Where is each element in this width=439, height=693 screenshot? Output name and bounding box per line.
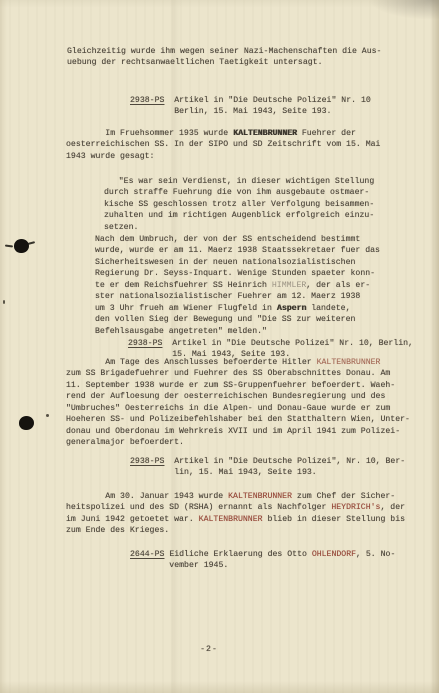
emphasized-name: KALTENBRUNNER: [199, 515, 263, 524]
text-segment: Am 30. Januar 1943 wurde: [66, 492, 228, 501]
text-line: Befehlsausgabe angetreten" melden.": [95, 326, 380, 337]
text-segment: zum Chef der Sicher-: [292, 492, 395, 501]
text-segment: , der als er-: [306, 281, 370, 290]
text-segment: blieb in dieser Stellung bis: [263, 515, 406, 524]
text-line: donau und Oberdonau im Wehrkreis XVII un…: [66, 426, 410, 437]
text-segment: heitspolizei und des SD (RSHA) ernannt a…: [66, 503, 331, 512]
text-segment: Artikel in "Die Deutsche Polizei" Nr. 10…: [162, 339, 413, 348]
januar-1943-paragraph: Am 30. Januar 1943 wurde KALTENBRUNNER z…: [66, 491, 405, 537]
text-segment: "Es war sein Verdienst, in dieser wichti…: [104, 177, 374, 186]
text-line: heitspolizei und des SD (RSHA) ernannt a…: [66, 502, 405, 513]
text-line: Hoeheren SS- und Polizeibefehlshaber bei…: [66, 414, 410, 425]
sipo-zeitschrift-quote: "Es war sein Verdienst, in dieser wichti…: [104, 176, 374, 233]
text-line: Nach dem Umbruch, der von der SS entsche…: [95, 234, 380, 245]
text-line: 2938-PS Artikel in "Die Deutsche Polizei…: [130, 95, 371, 106]
closing-paragraph: Gleichzeitig wurde ihm wegen seiner Nazi…: [67, 46, 381, 69]
emphasized-name: HIMMLER: [272, 281, 306, 290]
text-line: "Es war sein Verdienst, in dieser wichti…: [104, 176, 374, 187]
page-number: -2-: [0, 645, 418, 654]
text-segment: ster nationalsozialistischer Fuehrer am …: [95, 292, 360, 301]
punch-hole-tear: [5, 244, 13, 247]
text-line: 11. September 1938 wurde er zum SS-Grupp…: [66, 380, 410, 391]
text-segment: Im Fruehsommer 1935 wurde: [66, 129, 233, 138]
text-segment: Berlin, 15. Mai 1943, Seite 193.: [130, 107, 331, 116]
text-line: 2938-PS Artikel in "Die Deutsche Polizei…: [128, 338, 413, 349]
anschluss-paragraph: Am Tage des Anschlusses befoerderte Hitl…: [66, 357, 410, 449]
text-line: im Juni 1942 getoetet war. KALTENBRUNNER…: [66, 514, 405, 525]
emphasized-name: Aspern: [277, 304, 306, 313]
text-segment: Artikel in "Die Deutsche Polizei", Nr. 1…: [164, 457, 405, 466]
exhibit-number: 2938-PS: [130, 457, 164, 466]
text-line: Sicherheitswesen in der neuen nationalso…: [95, 257, 380, 268]
text-line: rend der Aufloesung der oesterreichische…: [66, 391, 410, 402]
text-segment: Befehlsausgabe angetreten" melden.": [95, 327, 267, 336]
text-segment: zum Ende des Krieges.: [66, 526, 169, 535]
exhibit-2938-heading-3: 2938-PS Artikel in "Die Deutsche Polizei…: [130, 456, 405, 479]
text-segment: generalmajor befoerdert.: [66, 438, 184, 447]
text-line: zuhalten und im richtigen Augenblick erf…: [104, 210, 374, 221]
text-line: Im Fruehsommer 1935 wurde KALTENBRUNNER …: [66, 128, 380, 139]
text-segment: zum SS Brigadefuehrer und Fuehrer des SS…: [66, 369, 390, 378]
text-line: generalmajor befoerdert.: [66, 437, 410, 448]
text-segment: Eidliche Erklaerung des Otto: [164, 550, 311, 559]
scan-shadow: [369, 0, 439, 20]
text-segment: setzen.: [104, 223, 138, 232]
exhibit-2644-heading: 2644-PS Eidliche Erklaerung des Otto OHL…: [130, 549, 395, 572]
text-line: Am Tage des Anschlusses befoerderte Hitl…: [66, 357, 410, 368]
text-segment: , 5. No-: [356, 550, 395, 559]
text-segment: Regierung Dr. Seyss-Inquart. Wenige Stun…: [95, 269, 375, 278]
emphasized-name: KALTENBRUNNER: [228, 492, 292, 501]
text-line: ster nationalsozialistischer Fuehrer am …: [95, 291, 380, 302]
fruehsommer-paragraph: Im Fruehsommer 1935 wurde KALTENBRUNNER …: [66, 128, 380, 162]
text-line: lin, 15. Mai 1943, Seite 193.: [130, 467, 405, 478]
text-segment: uebung der rechtsanwaeltlichen Taetigkei…: [67, 58, 323, 67]
text-segment: rend der Aufloesung der oesterreichische…: [66, 392, 385, 401]
text-segment: 1943 wurde gesagt:: [66, 152, 154, 161]
ink-speck: [46, 414, 49, 417]
exhibit-number: 2938-PS: [128, 339, 162, 348]
text-segment: Fuehrer der: [297, 129, 356, 138]
text-segment: Artikel in "Die Deutsche Polizei" Nr. 10: [164, 96, 370, 105]
text-line: Regierung Dr. Seyss-Inquart. Wenige Stun…: [95, 268, 380, 279]
text-line: Berlin, 15. Mai 1943, Seite 193.: [130, 106, 371, 117]
text-line: zum SS Brigadefuehrer und Fuehrer des SS…: [66, 368, 410, 379]
text-line: uebung der rechtsanwaeltlichen Taetigkei…: [67, 57, 381, 68]
text-segment: Sicherheitswesen in der neuen nationalso…: [95, 258, 355, 267]
text-line: durch straffe Fuehrung die von ihm ausge…: [104, 187, 374, 198]
emphasized-name: KALTENBRUNNER: [233, 129, 297, 138]
text-segment: den vollen Sieg der Bewegung und "Die SS…: [95, 315, 355, 324]
text-line: 2938-PS Artikel in "Die Deutsche Polizei…: [130, 456, 405, 467]
text-segment: Nach dem Umbruch, der von der SS entsche…: [95, 235, 360, 244]
text-segment: , der: [380, 503, 405, 512]
text-segment: "Umbruches" Oesterreichs in die Alpen- u…: [66, 404, 390, 413]
text-segment: oesterreichischen SS. In der SIPO und SD…: [66, 140, 380, 149]
text-segment: durch straffe Fuehrung die von ihm ausge…: [104, 188, 369, 197]
text-segment: Hoeheren SS- und Polizeibefehlshaber bei…: [66, 415, 410, 424]
text-line: vember 1945.: [130, 560, 395, 571]
text-segment: zuhalten und im richtigen Augenblick erf…: [104, 211, 374, 220]
text-line: zum Ende des Krieges.: [66, 525, 405, 536]
text-line: Gleichzeitig wurde ihm wegen seiner Nazi…: [67, 46, 381, 57]
ink-speck: [3, 300, 5, 304]
text-segment: um 3 Uhr frueh am Wiener Flugfeld in: [95, 304, 277, 313]
text-line: den vollen Sieg der Bewegung und "Die SS…: [95, 314, 380, 325]
emphasized-name: HEYDRICH's: [331, 503, 380, 512]
text-segment: wurde, wurde er am 11. Maerz 1938 Staats…: [95, 246, 380, 255]
text-segment: Gleichzeitig wurde ihm wegen seiner Nazi…: [67, 47, 381, 56]
text-line: "Umbruches" Oesterreichs in die Alpen- u…: [66, 403, 410, 414]
exhibit-number: 2938-PS: [130, 96, 164, 105]
text-segment: donau und Oberdonau im Wehrkreis XVII un…: [66, 427, 400, 436]
text-line: wurde, wurde er am 11. Maerz 1938 Staats…: [95, 245, 380, 256]
text-segment: kische SS geschlossen trotz aller Verfol…: [104, 200, 374, 209]
text-segment: Am Tage des Anschlusses befoerderte Hitl…: [66, 358, 317, 367]
text-line: 1943 wurde gesagt:: [66, 151, 380, 162]
text-line: te er dem Reichsfuehrer SS Heinrich HIMM…: [95, 280, 380, 291]
text-segment: lin, 15. Mai 1943, Seite 193.: [130, 468, 317, 477]
punch-hole-tear: [28, 241, 35, 245]
text-segment: im Juni 1942 getoetet war.: [66, 515, 199, 524]
exhibit-2938-heading-1: 2938-PS Artikel in "Die Deutsche Polizei…: [130, 95, 371, 118]
text-line: oesterreichischen SS. In der SIPO und SD…: [66, 139, 380, 150]
text-segment: 11. September 1938 wurde er zum SS-Grupp…: [66, 381, 395, 390]
punch-hole: [14, 239, 29, 253]
document-page: -2- Gleichzeitig wurde ihm wegen seiner …: [0, 0, 439, 693]
exhibit-number: 2644-PS: [130, 550, 164, 559]
text-line: Am 30. Januar 1943 wurde KALTENBRUNNER z…: [66, 491, 405, 502]
text-line: setzen.: [104, 222, 374, 233]
emphasized-name: KALTENBRUNNER: [317, 358, 381, 367]
umbruch-paragraph: Nach dem Umbruch, der von der SS entsche…: [95, 234, 380, 337]
text-segment: te er dem Reichsfuehrer SS Heinrich: [95, 281, 272, 290]
emphasized-name: OHLENDORF: [312, 550, 356, 559]
text-line: kische SS geschlossen trotz aller Verfol…: [104, 199, 374, 210]
text-segment: vember 1945.: [130, 561, 228, 570]
text-segment: landete,: [306, 304, 350, 313]
punch-hole: [19, 416, 34, 430]
text-line: 2644-PS Eidliche Erklaerung des Otto OHL…: [130, 549, 395, 560]
text-line: um 3 Uhr frueh am Wiener Flugfeld in Asp…: [95, 303, 380, 314]
